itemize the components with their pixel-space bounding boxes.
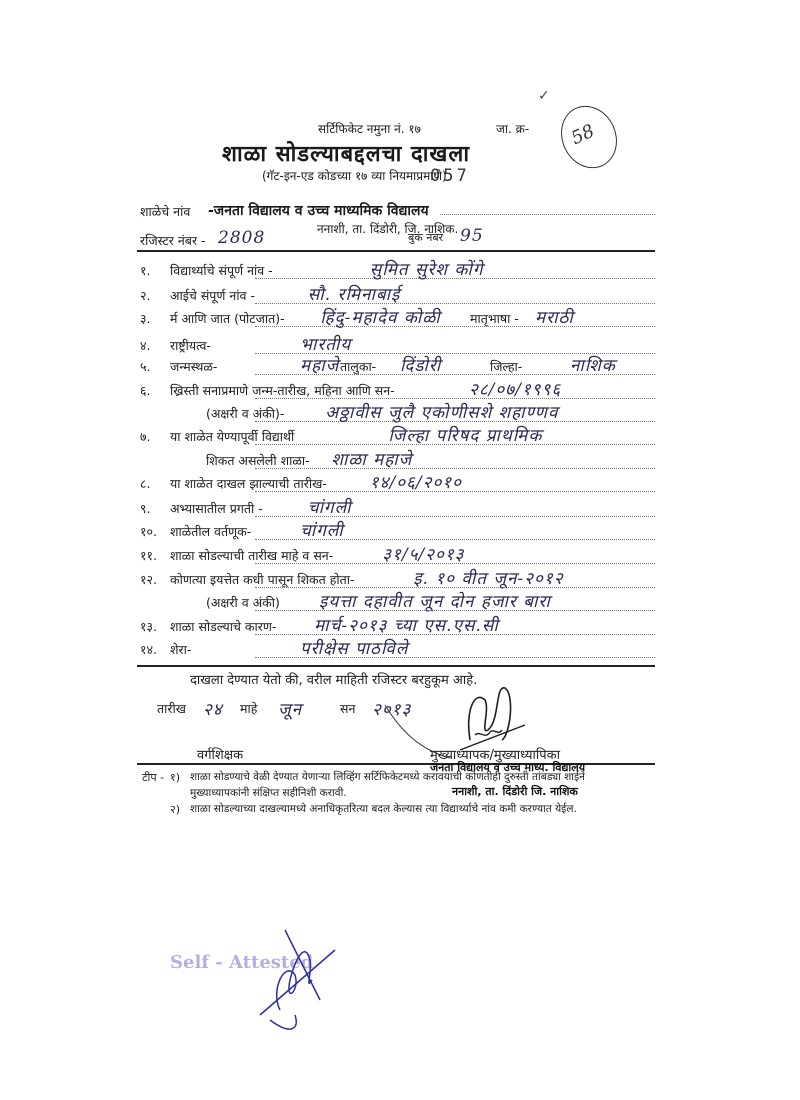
field-label: जन्मस्थळ-	[170, 358, 217, 375]
field-label: शिकत असलेली शाळा-	[206, 452, 310, 469]
field-number: ८.	[140, 475, 150, 492]
school-stamp-line2: ननाशी, ता. दिंडोरी जि. नाशिक	[452, 784, 578, 799]
field-number: ११.	[140, 547, 157, 564]
circled-number: 58	[551, 97, 627, 178]
field-value: हिंदु-महादेव कोळी	[320, 305, 440, 328]
field-number: ४.	[140, 337, 150, 354]
serial-number-label: जा. क्र-	[496, 120, 529, 137]
book-number-label: बुक नंबर	[408, 230, 443, 245]
field-label: ख्रिस्ती सनाप्रमाणे जन्म-तारीख, महिना आण…	[170, 382, 395, 399]
declaration-text: दाखला देण्यात येतो की, वरील माहिती रजिस्…	[190, 670, 477, 688]
school-name: -जनता विद्यालय व उच्च माध्यमिक विद्यालय	[208, 201, 429, 220]
field-number: ३.	[140, 310, 150, 327]
field-label: शाळा सोडल्याचे कारण-	[170, 618, 276, 635]
field-number: १.	[140, 262, 150, 279]
dotted-line	[255, 468, 655, 469]
field-label: अभ्यासातील प्रगती -	[170, 500, 263, 517]
field-number: १४.	[140, 641, 157, 658]
field-label: विद्यार्थ्याचे संपूर्ण नांव -	[170, 262, 273, 279]
note-2: शाळा सोडल्याच्या दाखल्यामध्ये अनाधिकृतरि…	[190, 802, 577, 816]
note-1: शाळा सोडण्याचे वेळी देण्यात येणाऱ्या लिव…	[190, 770, 585, 784]
field-value: इ. १० वीत जून-२०१२	[413, 566, 563, 589]
field-number: १२.	[140, 571, 157, 588]
field-number: २.	[140, 287, 150, 304]
field-value: शाळा महाजे	[331, 447, 412, 470]
field-label: (अक्षरी व अंकी)	[206, 594, 280, 611]
field-value: महाजे	[300, 353, 339, 376]
field-value: परीक्षेस पाठविले	[300, 636, 408, 659]
certificate-number: 057	[430, 166, 470, 186]
field-value: १४/०६/२०१०	[370, 470, 462, 493]
field-label: शाळा सोडल्याची तारीख माहे व सन-	[170, 547, 333, 564]
field-label: आईचे संपूर्ण नांव -	[170, 287, 255, 304]
check-mark-icon: ✓	[538, 88, 550, 104]
field-label: (अक्षरी व अंकी)-	[206, 405, 284, 422]
year-label: सन	[340, 700, 355, 717]
month-label: माहे	[240, 700, 257, 717]
divider	[137, 665, 655, 667]
field-value: ३१/५/२०१३	[382, 542, 464, 565]
register-number-value: 2808	[218, 228, 265, 248]
form-number: सर्टिफिकेट नमुना नं. १७	[318, 120, 421, 137]
field-value: चांगली	[300, 518, 344, 541]
field-value: इयत्ता दहावीत जून दोन हजार बारा	[319, 589, 551, 612]
field-extra-value: दिंडोरी	[400, 353, 441, 376]
class-teacher-label: वर्गशिक्षक	[197, 745, 243, 763]
book-number-value: 95	[460, 226, 484, 246]
dotted-line	[440, 214, 655, 215]
field-number: १०.	[140, 523, 157, 540]
field-label: राष्ट्रीयत्व-	[170, 337, 211, 354]
field-value: जिल्हा परिषद प्राथमिक	[388, 423, 542, 446]
field-label: या शाळेत येण्यापूर्वी विद्यार्थी	[170, 428, 294, 445]
field-label: र्म आणि जात (पोटजात)-	[170, 310, 285, 327]
attestation-signature	[240, 920, 350, 1040]
note-prefix: टीप -	[142, 770, 164, 785]
field-value: चांगली	[308, 495, 352, 518]
field-value: भारतीय	[300, 332, 351, 355]
field-value: मार्च-२०१३ च्या एस.एस.सी	[314, 613, 499, 636]
dotted-line	[255, 326, 655, 327]
date-month: जून	[278, 697, 302, 720]
school-name-label: शाळेचे नांव	[140, 203, 190, 220]
date-label: तारीख	[157, 700, 186, 717]
document-subtitle: (गॅट-इन-एड कोडच्या १७ व्या नियमाप्रमाणे)	[262, 167, 447, 184]
field-extra-value: मराठी	[535, 305, 574, 328]
field-extra-label: मातृभाषा -	[470, 310, 519, 327]
field-label: शाळेतील वर्तणूक-	[170, 523, 251, 540]
field-label: कोणत्या इयत्तेत कधी पासून शिकत होता-	[170, 571, 354, 588]
note-1-number: १)	[170, 770, 180, 785]
field-label: या शाळेत दाखल झाल्याची तारीख-	[170, 475, 327, 492]
document-title: शाळा सोडल्याबद्दलचा दाखला	[222, 138, 470, 168]
field-value: सौ. रमिनाबाई	[308, 282, 401, 305]
note-2-number: २)	[170, 802, 180, 817]
field-number: ५.	[140, 358, 150, 375]
date-day: २४	[203, 697, 223, 720]
field-number: ९.	[140, 500, 150, 517]
divider	[137, 250, 655, 252]
field-value: अठ्ठावीस जुलै एकोणीसशे शहाण्णव	[325, 400, 558, 423]
circled-number-value: 58	[568, 120, 598, 149]
note-1-continued: मुख्याध्यापकांनी संक्षिप्त सहीनिशी करावी…	[190, 786, 347, 800]
field-number: १३.	[140, 618, 157, 635]
leaving-certificate: ✓ सर्टिफिकेट नमुना नं. १७ जा. क्र- 58 शा…	[0, 0, 800, 1100]
field-extra2-value: नाशिक	[570, 353, 616, 376]
field-number: ६.	[140, 382, 150, 399]
field-value: २८/०७/१९९६	[469, 377, 561, 400]
field-value: सुमित सुरेश कोंगे	[370, 257, 484, 280]
field-number: ७.	[140, 428, 150, 445]
register-number-label: रजिस्टर नंबर -	[140, 232, 206, 249]
field-label: शेरा-	[170, 641, 191, 658]
field-extra2-label: जिल्हा-	[490, 358, 522, 375]
field-extra-label: तालुका-	[340, 358, 376, 375]
